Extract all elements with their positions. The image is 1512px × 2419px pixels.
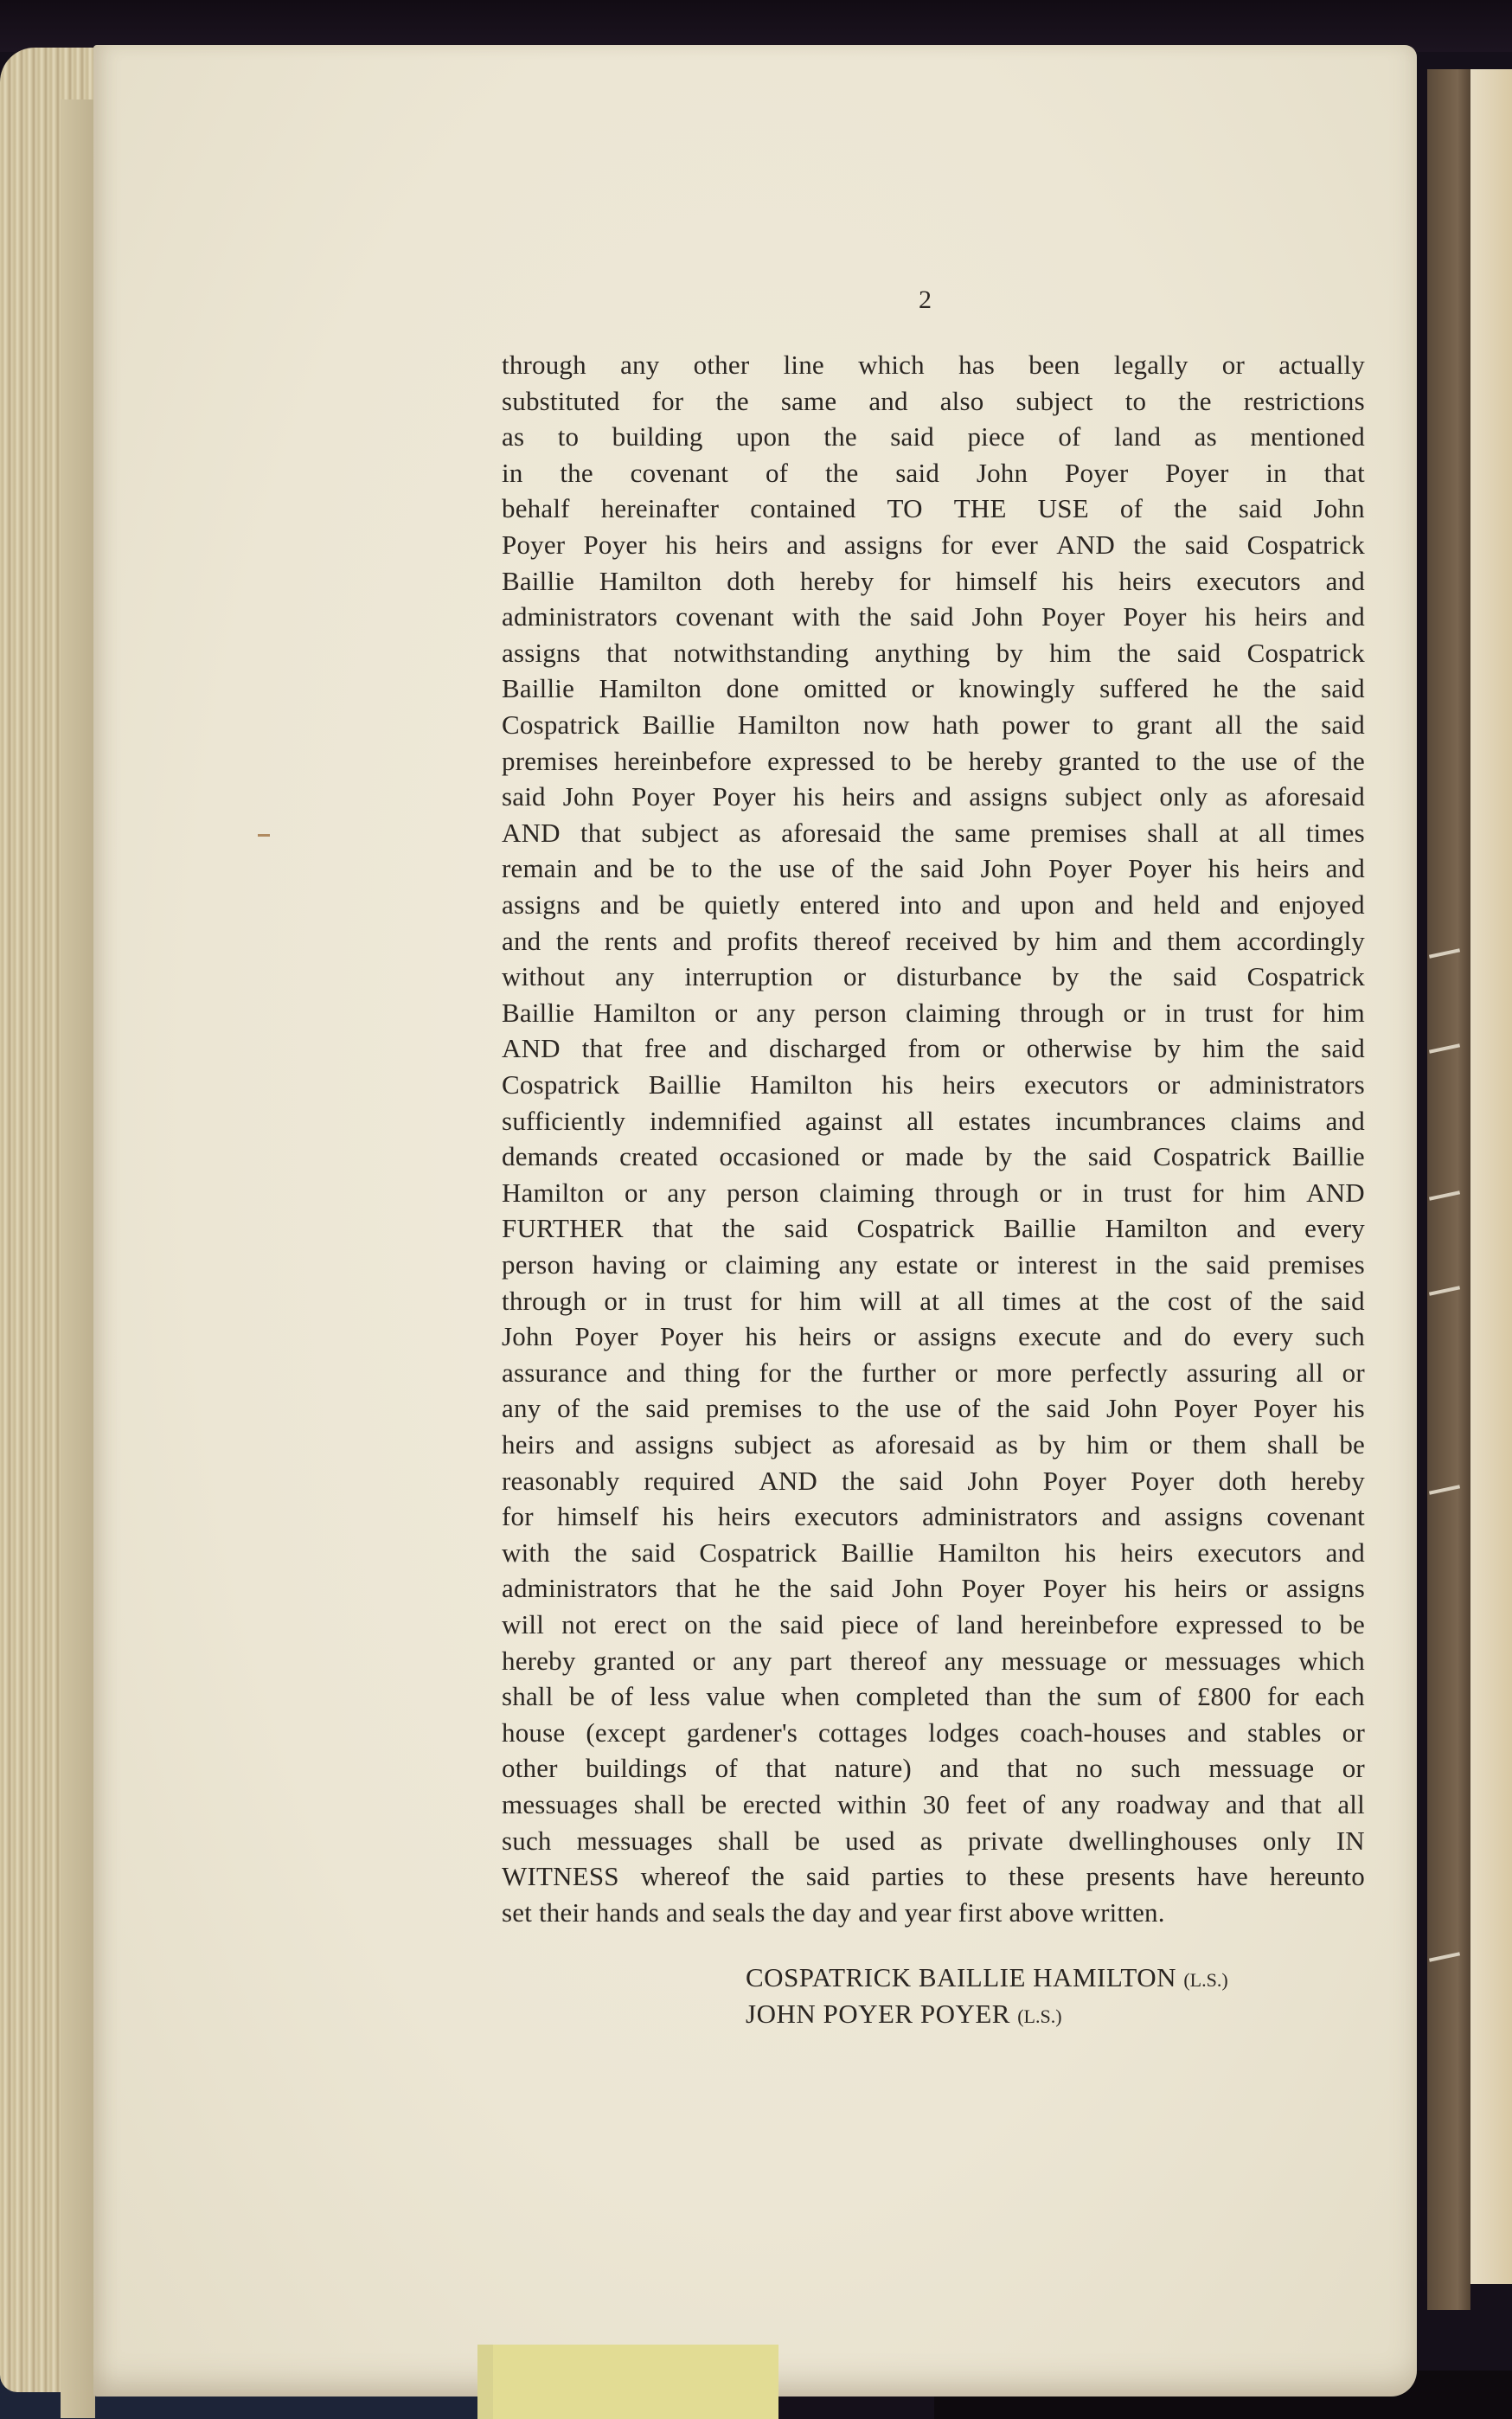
word: that [652, 1211, 693, 1246]
word: same [955, 816, 1011, 850]
word: in [1115, 1248, 1137, 1282]
body-line: withoutanyinterruptionordisturbancebythe… [502, 959, 1365, 994]
word: any [667, 1176, 706, 1210]
word: estate [896, 1248, 958, 1282]
word: every [1304, 1211, 1365, 1246]
word: heirs [715, 528, 768, 562]
word: without [502, 959, 585, 994]
word: anything [875, 636, 970, 671]
word: executors [1024, 1068, 1129, 1102]
word: power [1002, 708, 1069, 742]
word: with [502, 1536, 550, 1570]
word: that [1324, 456, 1365, 491]
word: substituted [502, 384, 620, 419]
word: Poyer [631, 780, 695, 814]
body-line: set their hands and seals the day and ye… [502, 1896, 1365, 1930]
word: or [983, 1031, 1005, 1066]
word: in [1164, 996, 1186, 1030]
body-line: anyofthesaidpremisestotheuseofthesaidJoh… [502, 1391, 1365, 1426]
word: the [1265, 708, 1298, 742]
word: hereunto [1270, 1859, 1365, 1894]
word: for [1192, 1176, 1224, 1210]
word: or [1222, 348, 1245, 382]
word: aforesaid [1265, 780, 1365, 814]
word: aforesaid [875, 1428, 975, 1462]
word: heirs [1254, 600, 1307, 634]
word: dwellinghouses [1068, 1824, 1238, 1858]
word: said [780, 1607, 824, 1642]
word: assigns [635, 1428, 714, 1462]
sticky-note [477, 2345, 778, 2419]
word: AND [502, 816, 561, 850]
word: said [806, 1859, 850, 1894]
word: Baillie [502, 671, 574, 706]
word: all [1296, 1356, 1323, 1390]
word: of [611, 1679, 633, 1714]
word: at [1080, 1284, 1099, 1319]
word: interruption [684, 959, 813, 994]
word: his [1205, 600, 1237, 634]
word: trust [1124, 1176, 1172, 1210]
body-line: FURTHERthatthesaidCospatrickBaillieHamil… [502, 1211, 1365, 1246]
word: will [502, 1607, 544, 1642]
body-line: throughorintrustforhimwillatalltimesatth… [502, 1284, 1365, 1319]
word: when [781, 1679, 840, 1714]
word: notwithstanding [674, 636, 849, 671]
word: all [907, 1104, 934, 1139]
word: any [839, 1248, 878, 1282]
word: the [1174, 491, 1207, 526]
word: and [1326, 600, 1365, 634]
word: said [900, 1464, 944, 1498]
word: hereinafter [601, 491, 719, 526]
word: the [1192, 744, 1225, 779]
word: behalf [502, 491, 570, 526]
word: for [502, 1499, 534, 1534]
body-line: forhimselfhisheirsexecutorsadministrator… [502, 1499, 1365, 1534]
word: of [916, 1607, 939, 1642]
word: subject [734, 1428, 811, 1462]
word: £800 [1197, 1679, 1252, 1714]
word: by [996, 636, 1023, 671]
word: held [1153, 888, 1200, 922]
word: or [874, 1319, 896, 1354]
word: perfectly [1071, 1356, 1168, 1390]
word: John [967, 1464, 1018, 1498]
word: Baillie [1292, 1139, 1365, 1174]
word: estates [958, 1104, 1031, 1139]
word: hereby [502, 1644, 576, 1678]
word: coach-houses [1020, 1716, 1166, 1750]
word: upon [1021, 888, 1075, 922]
word: or [912, 671, 934, 706]
word: his [1124, 1571, 1156, 1606]
word: use [778, 851, 815, 886]
word: all [1215, 708, 1243, 742]
word: the [810, 1356, 842, 1390]
word: that [582, 1031, 623, 1066]
word: Cospatrick [1247, 959, 1365, 994]
word: and [575, 1428, 614, 1462]
body-line: saidJohnPoyerPoyerhisheirsandassignssubj… [502, 780, 1365, 814]
word: used [845, 1824, 895, 1858]
word: assigns [969, 780, 1048, 814]
word: to [558, 420, 580, 454]
word: the [1178, 384, 1211, 419]
word: completed [856, 1679, 970, 1714]
word: piece [842, 1607, 899, 1642]
word: that [580, 816, 621, 850]
word: cost [1168, 1284, 1212, 1319]
word: and [673, 924, 712, 959]
body-line: CospatrickBaillieHamiltonnowhathpowertog… [502, 708, 1365, 742]
word: administrators [922, 1499, 1078, 1534]
word: no [1076, 1751, 1103, 1786]
word: Baillie [502, 564, 574, 599]
word: himself [557, 1499, 638, 1534]
body-line: administratorsthathethesaidJohnPoyerPoye… [502, 1571, 1365, 1606]
word: and [913, 780, 951, 814]
word: John [1106, 1391, 1157, 1426]
body-line: inthecovenantofthesaidJohnPoyerPoyerinth… [502, 456, 1365, 491]
word: through [502, 348, 586, 382]
word: claiming [906, 996, 1001, 1030]
word: and [593, 851, 632, 886]
word: nature) [835, 1751, 912, 1786]
word: these [1009, 1859, 1065, 1894]
body-line: PoyerPoyerhisheirsandassignsforeverANDth… [502, 528, 1365, 562]
word: in [1265, 456, 1287, 491]
word: use [906, 1391, 942, 1426]
word: times [1003, 1284, 1061, 1319]
word: reasonably [502, 1464, 619, 1498]
word: shall [1147, 816, 1199, 850]
word: administrators [1209, 1068, 1365, 1102]
word: and [1102, 1499, 1141, 1534]
word: all [1337, 1787, 1365, 1822]
word: erected [743, 1787, 822, 1822]
word: John [892, 1571, 943, 1606]
word: or [604, 1284, 626, 1319]
word: hereby [969, 744, 1043, 779]
body-line: JohnPoyerPoyerhisheirsorassignsexecutean… [502, 1319, 1365, 1354]
word: upon [736, 420, 791, 454]
word: be [927, 744, 953, 779]
word: assigns [844, 528, 923, 562]
word: said [645, 1391, 689, 1426]
word: subject [1065, 780, 1142, 814]
word: of [557, 1391, 580, 1426]
word: said [502, 780, 546, 814]
word: said [895, 456, 939, 491]
word: messuages [577, 1824, 693, 1858]
word: messuages [502, 1787, 618, 1822]
body-line: andtherentsandprofitsthereofreceivedbyhi… [502, 924, 1365, 959]
word: and [1220, 888, 1259, 922]
word: the [823, 420, 856, 454]
word: Poyer [1165, 456, 1228, 491]
word: Poyer [1043, 1571, 1106, 1606]
word: AND [759, 1464, 817, 1498]
word: for [1272, 996, 1304, 1030]
word: knowingly [958, 671, 1074, 706]
body-line: reasonablyrequiredANDthesaidJohnPoyerPoy… [502, 1464, 1365, 1498]
word: the [855, 1391, 888, 1426]
word: Hamilton [938, 1536, 1041, 1570]
word: such [1315, 1319, 1365, 1354]
word: the [1270, 1284, 1303, 1319]
word: premises [706, 1391, 803, 1426]
word: that [1007, 1751, 1048, 1786]
word: him [1323, 996, 1365, 1030]
word: as [996, 1428, 1018, 1462]
body-line: assuranceandthingforthefurtherormoreperf… [502, 1356, 1365, 1390]
word: and [939, 1751, 978, 1786]
word: him [1244, 1176, 1286, 1210]
word: hereby [800, 564, 875, 599]
word: or [843, 959, 866, 994]
word: any [756, 996, 795, 1030]
word: Cospatrick [857, 1211, 975, 1246]
word: the [1117, 1284, 1150, 1319]
word: at [919, 1284, 939, 1319]
book-gutter [1427, 69, 1470, 2310]
word: and [868, 384, 907, 419]
word: the [1048, 1679, 1080, 1714]
word: him [1202, 1031, 1245, 1066]
word: to [691, 851, 713, 886]
body-line: assignsthatnotwithstandinganythingbyhimt… [502, 636, 1365, 671]
word: Baillie [841, 1536, 913, 1570]
word: heirs [502, 1428, 554, 1462]
word: trust [1205, 996, 1253, 1030]
word: legally [1114, 348, 1188, 382]
word: and [962, 888, 1001, 922]
word: any [615, 959, 654, 994]
word: the [722, 1211, 755, 1246]
word: said [631, 1536, 676, 1570]
word: not [561, 1607, 596, 1642]
word: indemnified [650, 1104, 781, 1139]
word: other [694, 348, 750, 382]
word: thereof [849, 1644, 926, 1678]
word: covenant [1266, 1499, 1365, 1534]
word: his [1333, 1391, 1365, 1426]
word: any [620, 348, 659, 382]
word: of [766, 456, 788, 491]
word: AND [502, 1031, 561, 1066]
word: the [1110, 959, 1143, 994]
word: by [1013, 924, 1040, 959]
word: interest [1017, 1248, 1098, 1282]
word: claims [1230, 1104, 1301, 1139]
word: by [985, 1139, 1012, 1174]
word: person [814, 996, 887, 1030]
word: said [1321, 1031, 1365, 1066]
word: hath [932, 708, 979, 742]
word: subject [1015, 384, 1092, 419]
word: by [1039, 1428, 1066, 1462]
word: received [906, 924, 998, 959]
word: as [1225, 780, 1247, 814]
word: as [1195, 420, 1217, 454]
word: erect [614, 1607, 667, 1642]
word: do [1184, 1319, 1211, 1354]
word: said [784, 1211, 828, 1246]
word: or [1342, 1356, 1365, 1390]
body-line: ANDthatsubjectasaforesaidthesamepremises… [502, 816, 1365, 850]
word: roadway [1116, 1787, 1209, 1822]
word: and [708, 1031, 747, 1066]
body-line: ANDthatfreeanddischargedfromorotherwiseb… [502, 1031, 1365, 1066]
word: use [1241, 744, 1278, 779]
word: 30 [923, 1787, 950, 1822]
word: FURTHER [502, 1211, 624, 1246]
word: for [759, 1356, 791, 1390]
page-mark [258, 834, 270, 837]
body-line: BaillieHamiltondoneomittedorknowinglysuf… [502, 671, 1365, 706]
word: of [831, 851, 854, 886]
word: the [729, 1607, 762, 1642]
word: suffered [1099, 671, 1188, 706]
word: said [890, 420, 934, 454]
body-line: CospatrickBaillieHamiltonhisheirsexecuto… [502, 1068, 1365, 1102]
word: heirs [1120, 1536, 1173, 1570]
word: ever [991, 528, 1038, 562]
word: in [502, 456, 523, 491]
word: more [996, 1356, 1053, 1390]
word: premises [1268, 1248, 1365, 1282]
word: John [977, 456, 1028, 491]
word: will [860, 1284, 902, 1319]
word: Hamilton [1105, 1211, 1208, 1246]
word: by [1154, 1031, 1181, 1066]
word: through [1020, 996, 1105, 1030]
word: enjoyed [1278, 888, 1365, 922]
word: hereby [1291, 1464, 1365, 1498]
word: that [766, 1751, 806, 1786]
seal-mark: (L.S.) [1017, 2005, 1061, 2027]
word: Baillie [1003, 1211, 1076, 1246]
body-line: BaillieHamiltondothherebyforhimselfhishe… [502, 564, 1365, 599]
word: said [830, 1571, 874, 1606]
word: he [734, 1571, 760, 1606]
word: Poyer [583, 528, 646, 562]
word: the [825, 456, 858, 491]
word: piece [967, 420, 1024, 454]
word: to [890, 744, 912, 779]
word: on [684, 1607, 711, 1642]
word: the [1266, 1031, 1299, 1066]
word: Poyer [575, 1319, 638, 1354]
word: and [786, 528, 825, 562]
word: the [596, 1391, 629, 1426]
word: and [1188, 1716, 1227, 1750]
word: that [606, 636, 647, 671]
word: all [958, 1284, 985, 1319]
word: said [1173, 959, 1217, 994]
word: doth [727, 564, 775, 599]
word: of [1058, 420, 1080, 454]
word: Baillie [643, 708, 715, 742]
word: feet [966, 1787, 1007, 1822]
word: be [569, 1679, 595, 1714]
word: said [1046, 1391, 1090, 1426]
word: as [502, 420, 524, 454]
word: part [790, 1644, 832, 1678]
word: be [1339, 1607, 1365, 1642]
word: his [793, 780, 825, 814]
word: his [745, 1319, 777, 1354]
body-line: suchmessuagesshallbeusedasprivatedwellin… [502, 1824, 1365, 1858]
word: Cospatrick [1247, 636, 1365, 671]
body-line: sufficientlyindemnifiedagainstallestates… [502, 1104, 1365, 1139]
word: granted [1058, 744, 1139, 779]
word: into [900, 888, 942, 922]
word: and [626, 1356, 665, 1390]
word: them [1167, 924, 1221, 959]
word: Poyer [1041, 600, 1105, 634]
word: any [733, 1644, 772, 1678]
word: which [1298, 1644, 1365, 1678]
word: stables [1247, 1716, 1322, 1750]
word: him [799, 1284, 842, 1319]
word: his [665, 528, 697, 562]
word: and [1226, 1787, 1265, 1822]
word: of [1120, 491, 1143, 526]
word: that [676, 1571, 716, 1606]
word: Poyer [502, 528, 565, 562]
word: buildings [586, 1751, 687, 1786]
word: said [1185, 528, 1229, 562]
word: assigns [502, 636, 580, 671]
word: Hamilton [599, 671, 702, 706]
word: value [707, 1679, 766, 1714]
word: be [794, 1824, 820, 1858]
word: and [1326, 1536, 1365, 1570]
word: the [1118, 636, 1150, 671]
body-line: behalfhereinaftercontainedTOTHEUSEofthes… [502, 491, 1365, 526]
body-line: premiseshereinbeforeexpressedtobeherebyg… [502, 744, 1365, 779]
word: also [940, 384, 984, 419]
word: the [1133, 528, 1166, 562]
word: as [920, 1824, 943, 1858]
signature-line: COSPATRICK BAILLIE HAMILTON (L.S.) [746, 1962, 1228, 1993]
word: thing [684, 1356, 740, 1390]
word: (except [586, 1716, 666, 1750]
word: be [1339, 1428, 1365, 1462]
word: heirs [1175, 1571, 1227, 1606]
word: or [1124, 1644, 1147, 1678]
word: sum [1097, 1679, 1142, 1714]
word: trust [683, 1284, 732, 1319]
word: and [1326, 1104, 1365, 1139]
word: Hamilton [738, 708, 841, 742]
word: to [1092, 708, 1114, 742]
word: through [502, 1284, 586, 1319]
word: his [1065, 1536, 1097, 1570]
word: messuages [1165, 1644, 1281, 1678]
word: said [920, 851, 964, 886]
word: John [1314, 491, 1365, 526]
word: said [1206, 1248, 1250, 1282]
word: and [1326, 851, 1365, 886]
word: and [1236, 1211, 1275, 1246]
word: person [727, 1176, 799, 1210]
seal-mark: (L.S.) [1183, 1969, 1227, 1991]
word: of [1158, 1679, 1181, 1714]
word: line [784, 348, 824, 382]
